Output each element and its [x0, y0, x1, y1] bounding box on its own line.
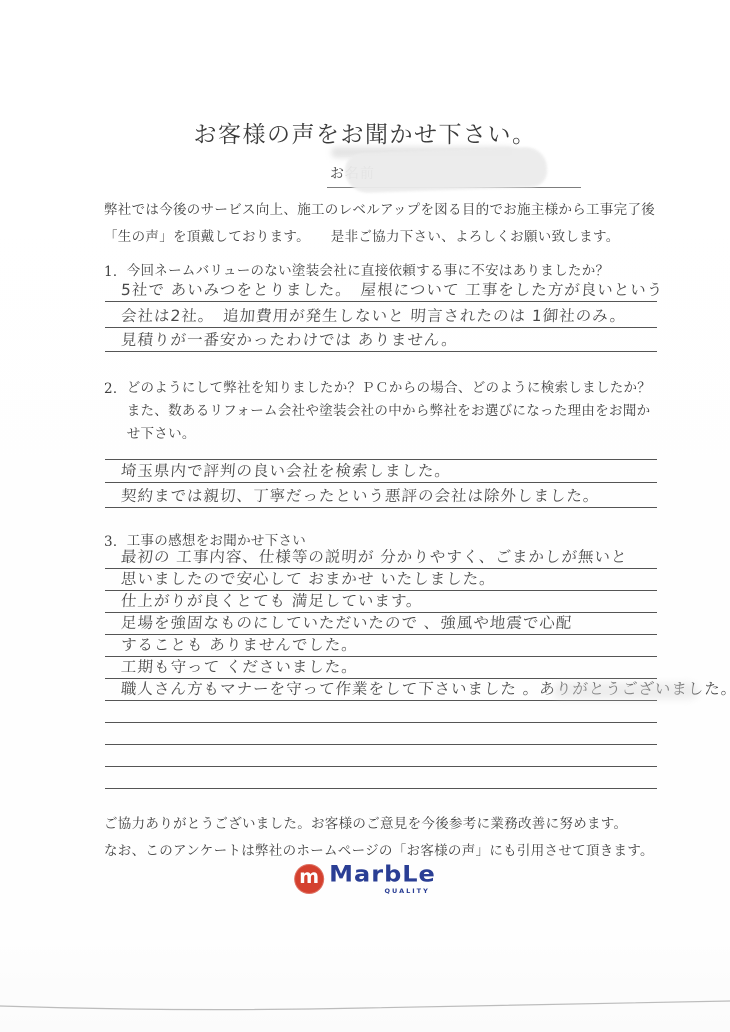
scanned-survey-page: お客様の声をお聞かせ下さい。 お名前 弊社では今後のサービス向上、施工のレベルア…: [0, 0, 730, 1032]
answer-line: [105, 767, 657, 789]
answer-line: 見積りが一番安かったわけでは ありません。: [105, 328, 657, 352]
answer-line: 仕上がりが良くとても 満足しています。: [105, 591, 657, 613]
answer-line: 契約までは親切、丁寧だったという悪評の会社は除外しました。: [105, 485, 657, 508]
answer-line: することも ありませんでした。: [105, 635, 657, 657]
scan-smudge: [553, 683, 698, 699]
logo-tagline: QUALITY: [384, 887, 429, 895]
intro-line: 「生の声」を頂戴しております。 是非ご協力下さい、よろしくお願い致します。: [104, 229, 620, 245]
name-redaction-blob: [344, 146, 547, 193]
answer-line: 思いましたので安心して おまかせ いたしました。: [105, 569, 657, 591]
paper-edge-line: [0, 992, 730, 1032]
answer-line: [105, 745, 657, 767]
footer-line: なお、このアンケートは弊社のホームページの「お客様の声」にも引用させて頂きます。: [104, 843, 654, 859]
answer-line: 会社は2社。 追加費用が発生しないと 明言されたのは 1御社のみ。: [105, 302, 657, 328]
handwritten-answer: 工期も守って くださいました。: [120, 655, 358, 677]
handwritten-answer: 見積りが一番安かったわけでは ありません。: [120, 328, 458, 350]
logo-mark-letter: m: [299, 868, 319, 887]
answer-line: 足場を強固なものにしていただいたので 、強風や地震で心配: [105, 613, 657, 635]
logo-text-column: MarbLe QUALITY: [329, 862, 436, 895]
handwritten-answer: 埼玉県内で評判の良い会社を検索しました。: [120, 459, 452, 481]
intro-line: 弊社では今後のサービス向上、施工のレベルアップを図る目的でお施主様から工事完了後: [104, 202, 655, 218]
question-2-line: また、数あるリフォーム会社や塗装会社の中から弊社をお選びになった理由をお聞か: [127, 400, 651, 423]
company-logo: m MarbLe QUALITY: [294, 862, 436, 895]
answer-line: [105, 436, 657, 460]
logo-brand-name: MarbLe: [329, 863, 436, 885]
question-2-line: どのようにして弊社を知りましたか？ＰＣからの場合、どのように検索しましたか？: [127, 377, 651, 400]
handwritten-answer: 仕上がりが良くとても 満足しています。: [120, 589, 423, 611]
answer-line: 5社で あいみつをとりました。 屋根について 工事をした方が良いという: [105, 276, 657, 302]
answer-line: [105, 701, 657, 723]
answer-line: 最初の 工事内容、仕様等の説明が 分かりやすく、ごまかしが無いと: [105, 546, 657, 569]
footer-note: ご協力ありがとうございました。お客様のご意見を今後参考に業務改善に努めます。 な…: [104, 811, 684, 865]
page-title: お客様の声をお聞かせ下さい。: [0, 116, 730, 149]
handwritten-answer: 会社は2社。 追加費用が発生しないと 明言されたのは 1御社のみ。: [120, 304, 627, 326]
handwritten-answer: 思いましたので安心して おまかせ いたしました。: [120, 567, 496, 589]
answer-line: 工期も守って くださいました。: [105, 657, 657, 679]
handwritten-answer: 5社で あいみつをとりました。 屋根について 工事をした方が良いという: [120, 278, 664, 300]
intro-paragraph: 弊社では今後のサービス向上、施工のレベルアップを図る目的でお施主様から工事完了後…: [104, 197, 666, 251]
answer-line: 埼玉県内で評判の良い会社を検索しました。: [105, 460, 657, 483]
footer-line: ご協力ありがとうございました。お客様のご意見を今後参考に業務改善に努めます。: [104, 816, 627, 832]
handwritten-answer: 契約までは親切、丁寧だったという悪評の会社は除外しました。: [120, 484, 600, 506]
handwritten-answer: 最初の 工事内容、仕様等の説明が 分かりやすく、ごまかしが無いと: [120, 545, 628, 567]
logo-m-icon: m: [294, 864, 324, 894]
answer-line: [105, 723, 657, 745]
handwritten-answer: することも ありませんでした。: [120, 633, 358, 655]
handwritten-answer: 足場を強固なものにしていただいたので 、強風や地震で心配: [120, 611, 573, 633]
